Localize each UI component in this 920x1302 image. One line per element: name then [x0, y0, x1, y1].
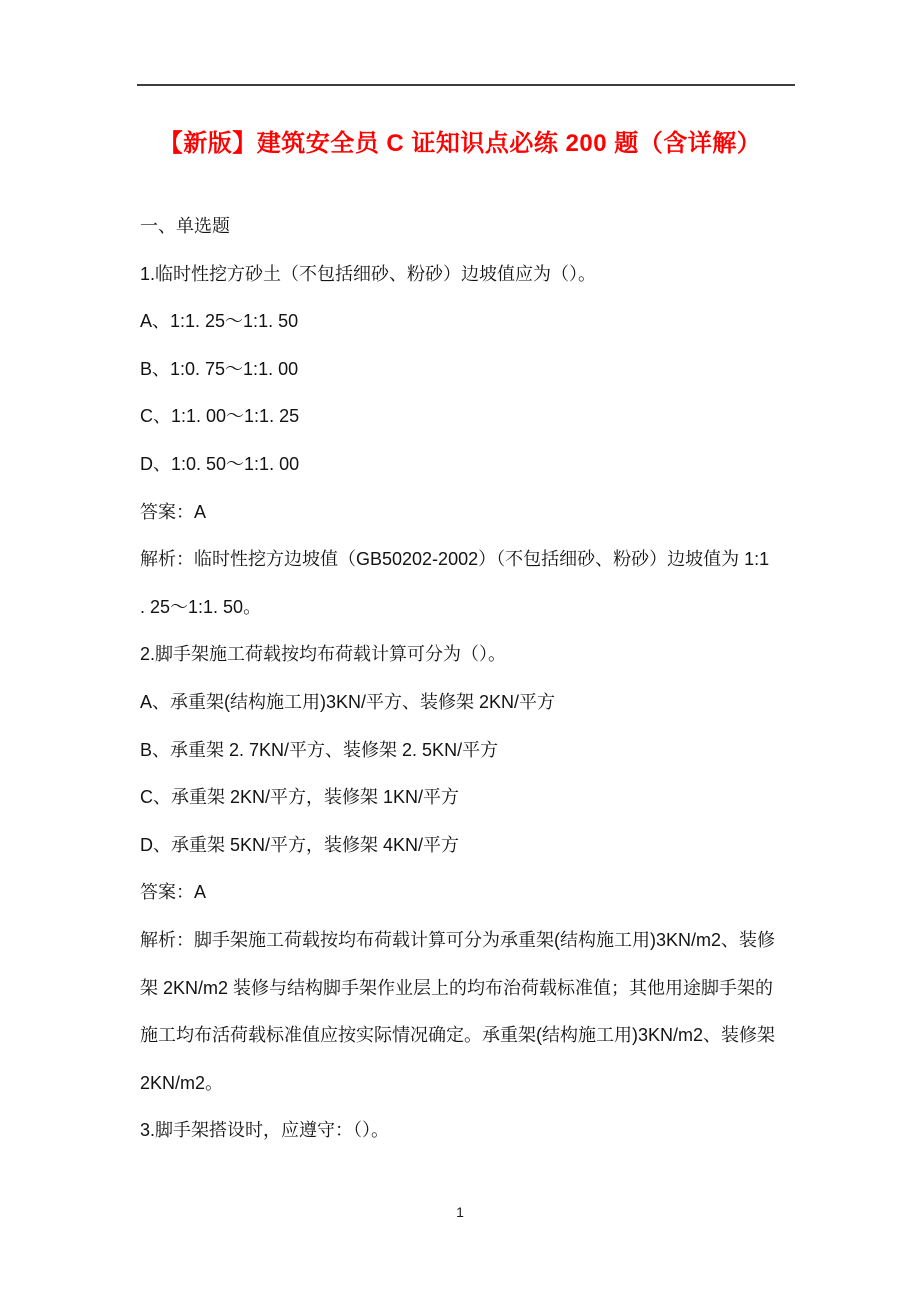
question-3-text: 3.脚手架搭设时，应遵守：（）。	[140, 1107, 800, 1155]
question-1-analysis-line-2: . 25～1:1. 50。	[140, 584, 800, 632]
question-2-analysis-line-1: 解析：脚手架施工荷载按均布荷载计算可分为承重架(结构施工用)3KN/m2、装修	[140, 917, 800, 965]
question-2-option-d: D、承重架 5KN/平方，装修架 4KN/平方	[140, 822, 800, 870]
question-2-answer: 答案：A	[140, 869, 800, 917]
question-2-option-a: A、承重架(结构施工用)3KN/平方、装修架 2KN/平方	[140, 679, 800, 727]
question-1-option-a: A、1:1. 25～1:1. 50	[140, 298, 800, 346]
header-rule	[137, 84, 795, 86]
question-2-text: 2.脚手架施工荷载按均布荷载计算可分为（）。	[140, 631, 800, 679]
question-2-option-b: B、承重架 2. 7KN/平方、装修架 2. 5KN/平方	[140, 727, 800, 775]
section-heading: 一、单选题	[140, 203, 800, 251]
document-page: { "document": { "title": "【新版】建筑安全员 C 证知…	[0, 0, 920, 1302]
question-1-option-b: B、1:0. 75～1:1. 00	[140, 346, 800, 394]
question-2-analysis-line-2: 架 2KN/m2 装修与结构脚手架作业层上的均布治荷载标准值；其他用途脚手架的	[140, 965, 800, 1013]
document-body: 一、单选题 1.临时性挖方砂土（不包括细砂、粉砂）边坡值应为（）。 A、1:1.…	[140, 203, 800, 1155]
question-2-option-c: C、承重架 2KN/平方，装修架 1KN/平方	[140, 774, 800, 822]
question-1-analysis-line-1: 解析：临时性挖方边坡值（GB50202-2002）（不包括细砂、粉砂）边坡值为 …	[140, 536, 800, 584]
question-1-option-c: C、1:1. 00～1:1. 25	[140, 393, 800, 441]
question-1-answer: 答案：A	[140, 489, 800, 537]
question-1-option-d: D、1:0. 50～1:1. 00	[140, 441, 800, 489]
question-1-text: 1.临时性挖方砂土（不包括细砂、粉砂）边坡值应为（）。	[140, 251, 800, 299]
page-number: 1	[0, 1204, 920, 1220]
question-2-analysis-line-4: 2KN/m2。	[140, 1060, 800, 1108]
question-2-analysis-line-3: 施工均布活荷载标准值应按实际情况确定。承重架(结构施工用)3KN/m2、装修架	[140, 1012, 800, 1060]
document-title: 【新版】建筑安全员 C 证知识点必练 200 题（含详解）	[0, 123, 920, 158]
